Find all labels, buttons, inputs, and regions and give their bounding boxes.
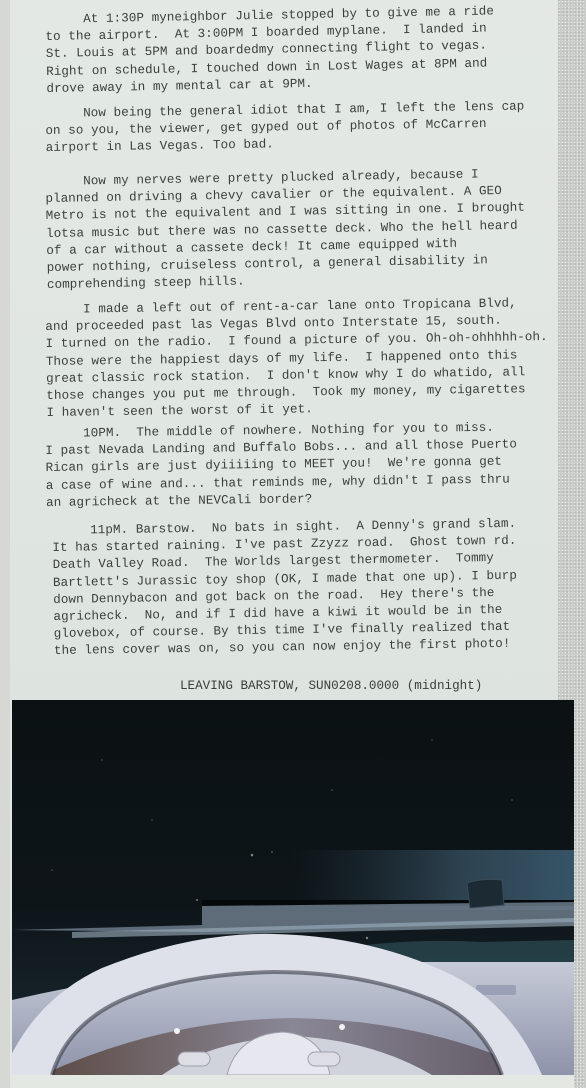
page-bottom-edge	[12, 1075, 574, 1088]
paragraph-ten-pm: 10PM. The middle of nowhere. Nothing for…	[45, 419, 546, 512]
paragraph-radio: I made a left out of rent-a-car lane ont…	[45, 295, 547, 422]
paragraph-eleven-pm: 11pM. Barstow. No bats in sight. A Denny…	[52, 515, 554, 660]
photo-steering-wheel-night	[12, 700, 574, 1075]
paragraph-rental-car: Now my nerves were pretty plucked alread…	[45, 165, 547, 294]
photo-caption: LEAVING BARSTOW, SUN0208.0000 (midnight)	[180, 679, 482, 693]
paragraph-lens-cap: Now being the general idiot that I am, I…	[45, 98, 546, 157]
paragraph-arrival: At 1:30P myneighbor Julie stopped by to …	[45, 2, 547, 98]
scan-edge-left	[0, 0, 10, 1088]
typewritten-text-area: At 1:30P myneighbor Julie stopped by to …	[10, 0, 558, 700]
photo-illustration	[12, 700, 574, 1075]
